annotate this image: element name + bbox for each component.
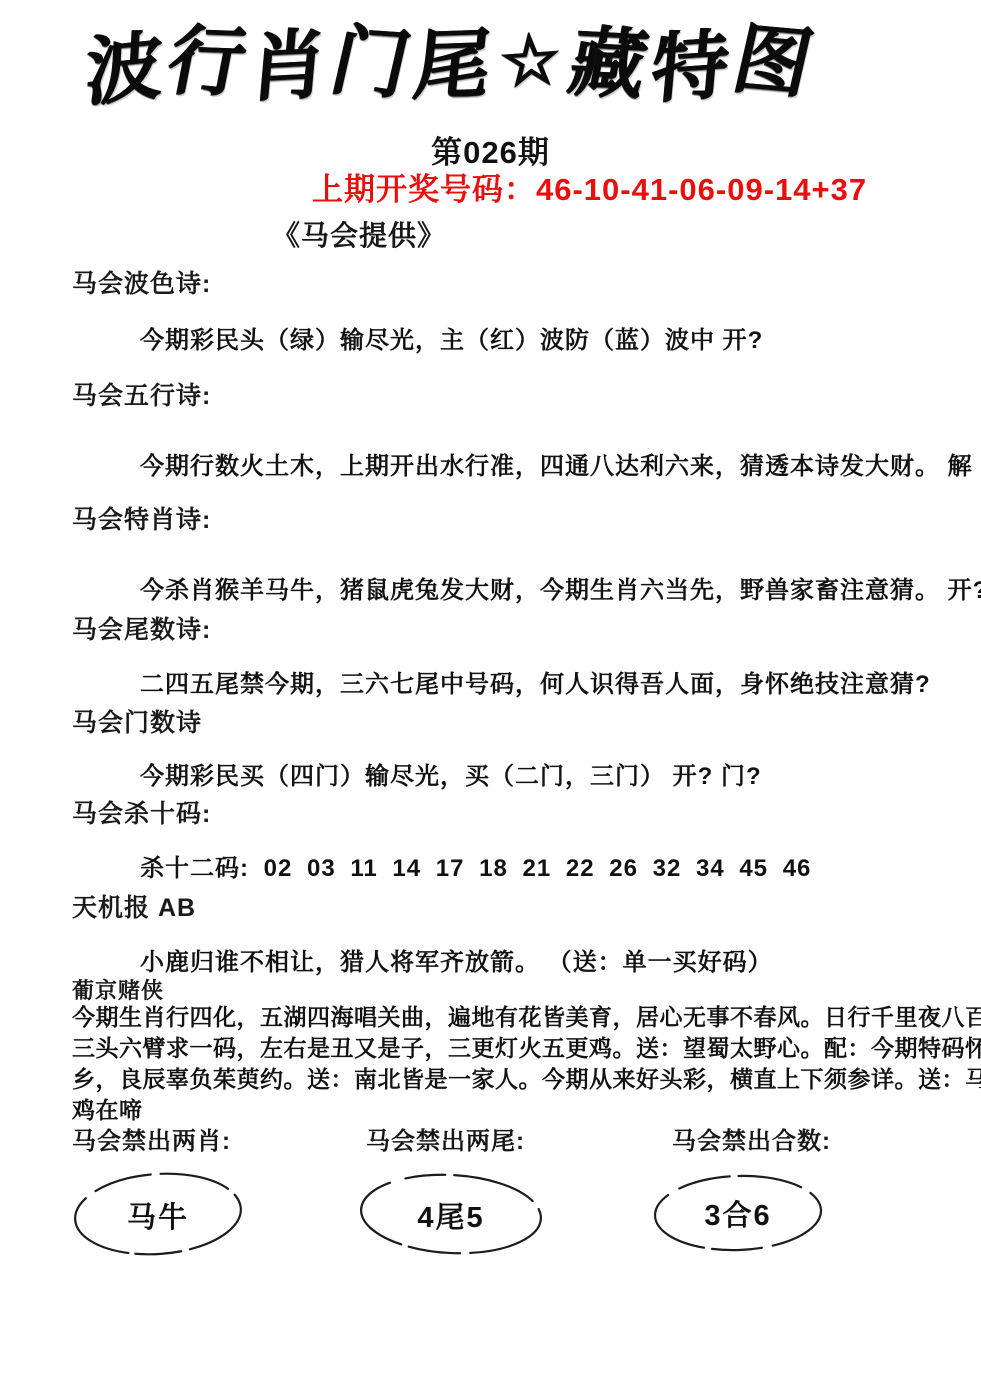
forbidden-two-zodiac-value: 马牛 [70,1170,246,1260]
forbidden-sum-circle: 3合6 [650,1172,826,1254]
forbidden-two-tail-circle: 4尾5 [356,1172,546,1258]
section-heading-wuxing: 马会五行诗: [72,376,211,412]
section-heading-texiao: 马会特肖诗: [72,500,211,536]
lottery-tip-sheet-page: 波行肖门尾☆藏特图 第026期 上期开奖号码：46-10-41-06-09-14… [0,0,981,1388]
pujing-paragraph: 今期生肖行四化，五湖四海唱关曲，遍地有花皆美育，居心无事不春风。日行千里夜八百，… [72,1002,952,1126]
last-draw-result: 上期开奖号码：46-10-41-06-09-14+37 [312,164,867,209]
forbidden-sum-label: 马会禁出合数: [672,1121,831,1156]
pujing-line-2: 三头六臂求一码，左右是丑又是子，三更灯火五更鸡。送：望蜀太野心。配：今期特码怀故 [72,1033,952,1064]
poem-wuxing: 今期行数火土木，上期开出水行准，四通八达利六来，猜透本诗发大财。 解（?） [140,446,981,481]
poem-bose: 今期彩民头（绿）输尽光，主（红）波防（蓝）波中 开? [140,320,763,355]
forbidden-sum-value: 3合6 [650,1172,826,1254]
pujing-line-3: 乡，良辰辜负茱萸约。送：南北皆是一家人。今期从来好头彩，横直上下须参详。送：马来 [72,1064,952,1095]
section-heading-weishu: 马会尾数诗: [72,610,211,646]
poem-texiao: 今杀肖猴羊马牛，猪鼠虎兔发大财，今期生肖六当先，野兽家畜注意猜。 开? [140,570,981,605]
forbidden-two-zodiac-label: 马会禁出两肖: [72,1121,231,1156]
section-heading-pujing: 葡京赌侠 [72,974,164,1005]
page-title: 波行肖门尾☆藏特图 [86,12,886,122]
pujing-line-1: 今期生肖行四化，五湖四海唱关曲，遍地有花皆美育，居心无事不春风。日行千里夜八百， [72,1002,952,1033]
forbidden-two-tail-value: 4尾5 [356,1172,546,1258]
section-heading-tianji: 天机报 AB [72,888,196,924]
forbidden-two-tail-label: 马会禁出两尾: [366,1121,525,1156]
poem-tianji: 小鹿归谁不相让，猎人将军齐放箭。 （送：单一买好码） [140,942,773,977]
section-heading-bose: 马会波色诗: [72,264,211,300]
section-heading-shama: 马会杀十码: [72,794,211,830]
provider-note: 《马会提供》 [272,214,446,254]
poem-menshu: 今期彩民买（四门）输尽光，买（二门，三门） 开? 门? [140,756,762,791]
poem-weishu: 二四五尾禁今期，三六七尾中号码，何人识得吾人面，身怀绝技注意猜? [140,664,931,699]
kill-codes-line: 杀十二码: 02 03 11 14 17 18 21 22 26 32 34 4… [140,848,811,883]
forbidden-two-zodiac-circle: 马牛 [70,1170,246,1260]
section-heading-menshu: 马会门数诗 [72,703,202,739]
